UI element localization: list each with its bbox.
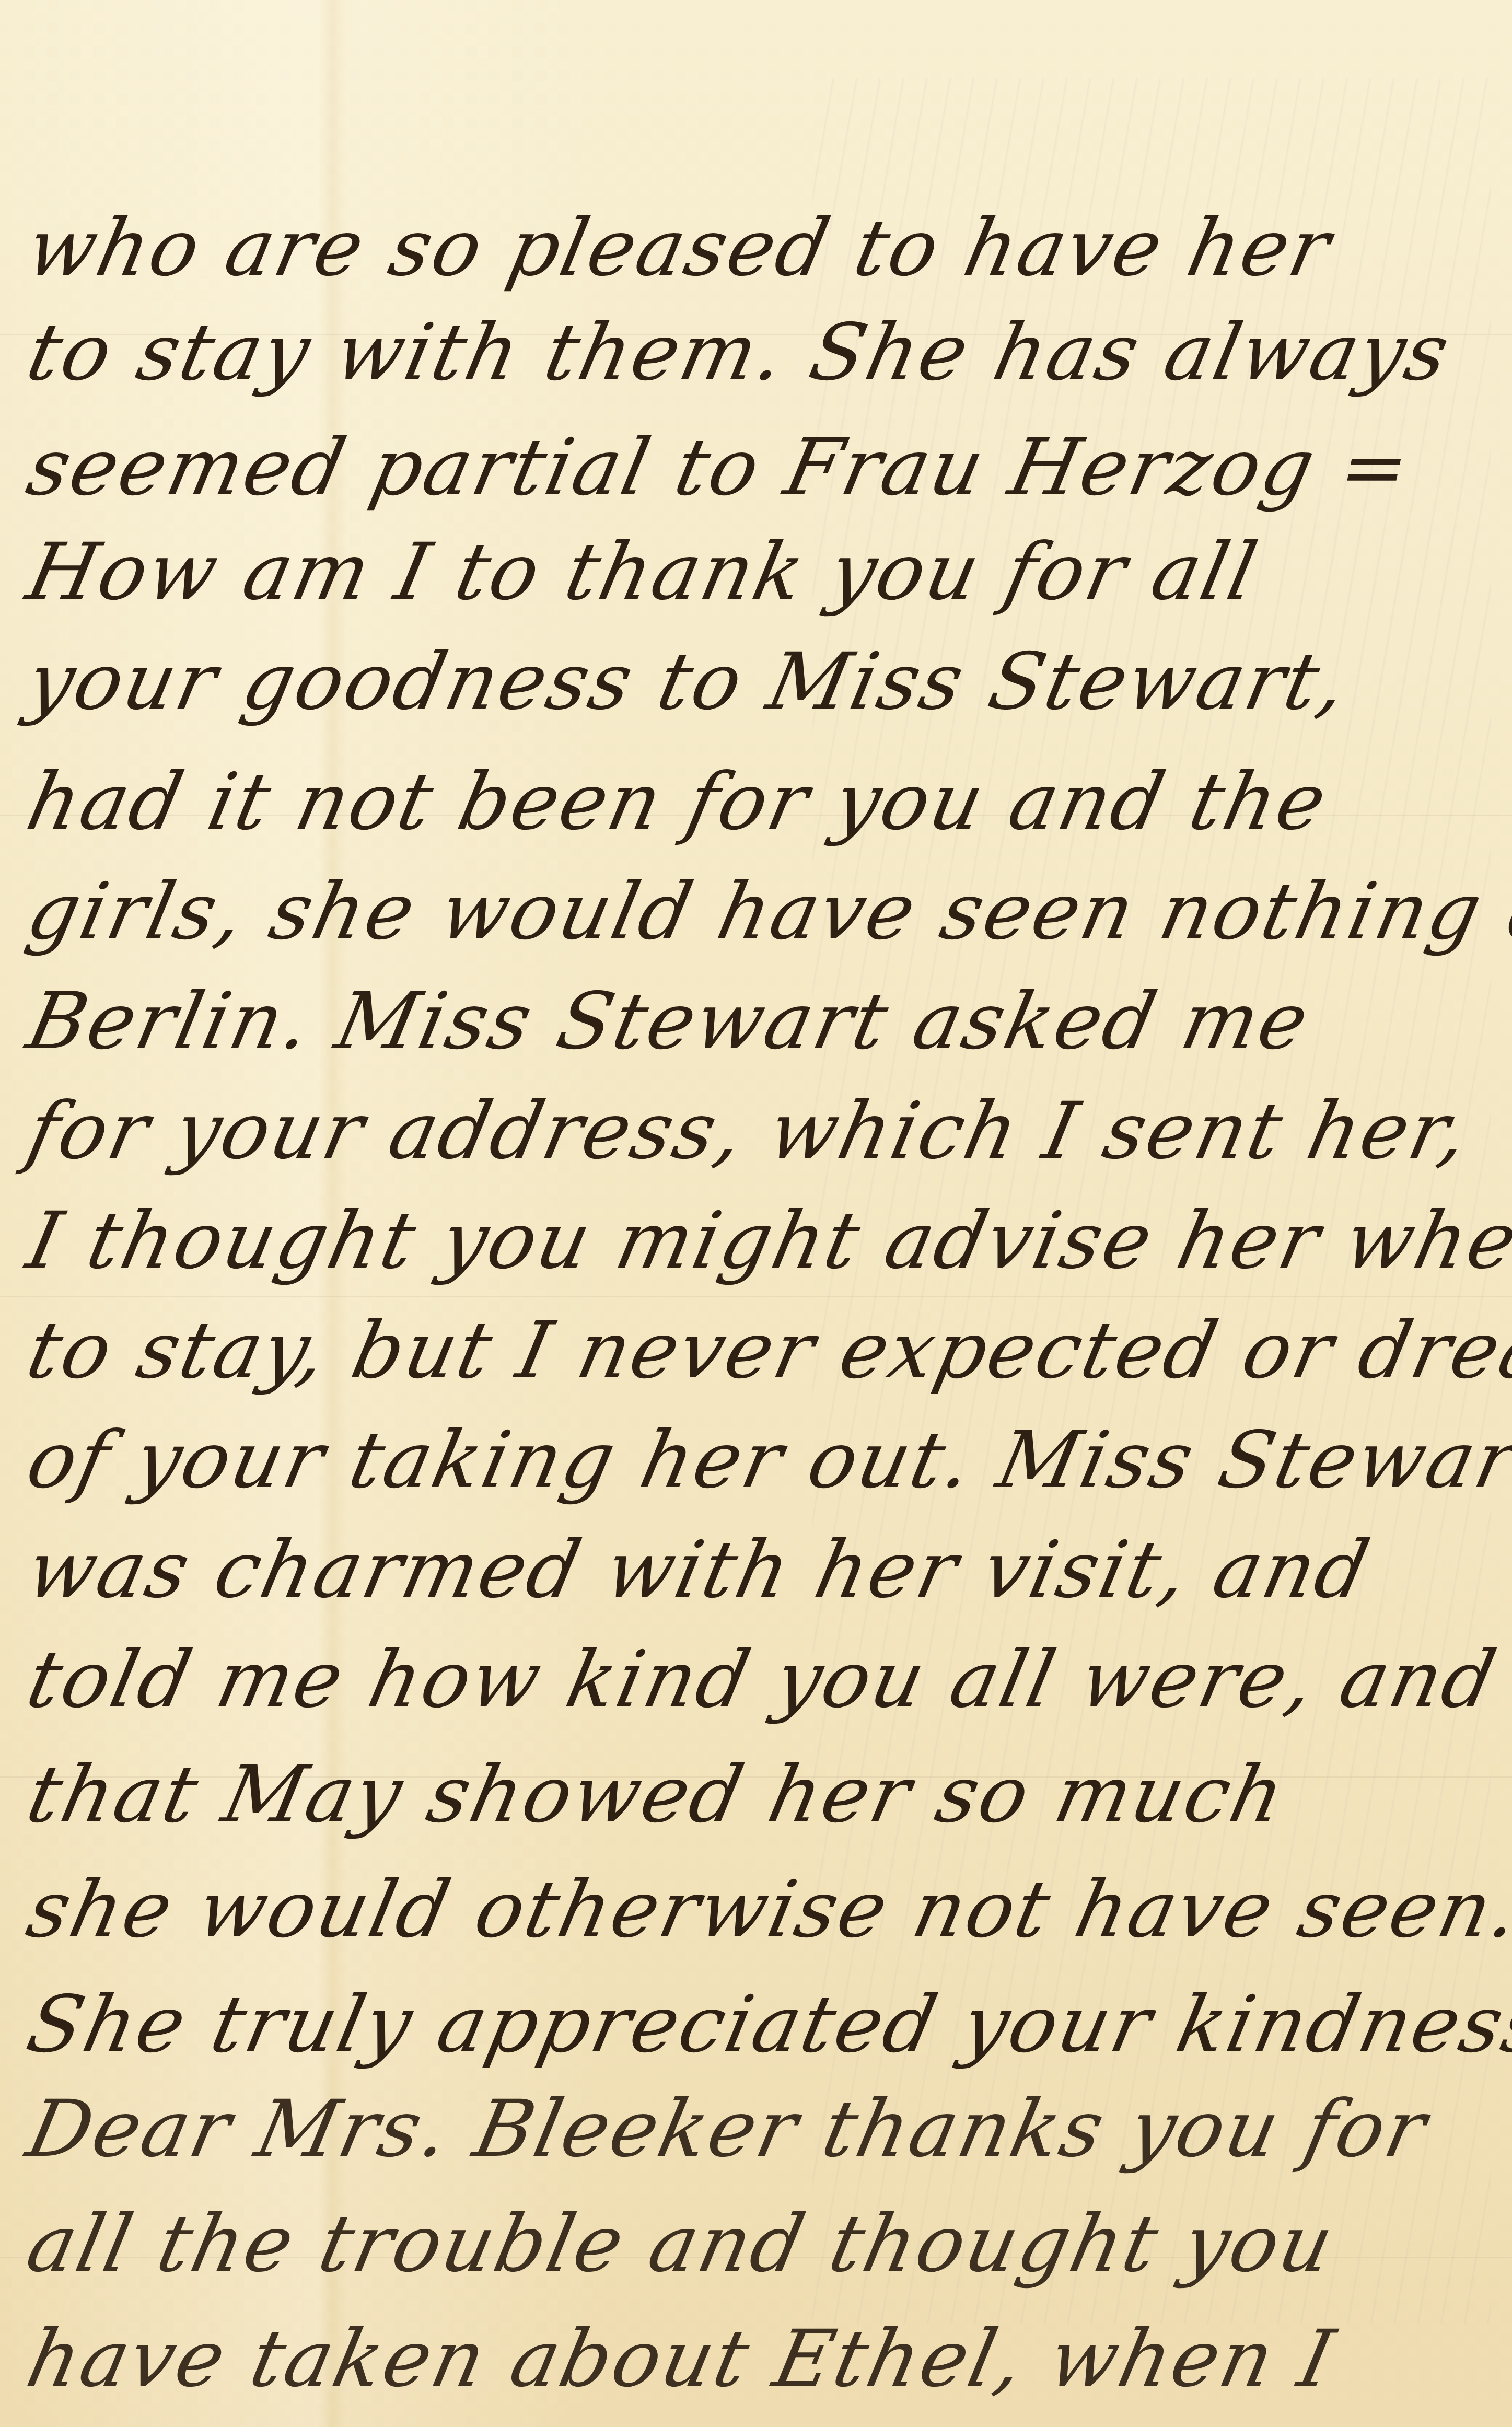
letter-line: How am I to thank you for all bbox=[21, 533, 1265, 611]
letter-line: seemed partial to Frau Herzog = bbox=[21, 428, 1417, 507]
letter-line: have taken about Ethel, when I bbox=[21, 2320, 1342, 2398]
letter-line: Berlin. Miss Stewart asked me bbox=[21, 982, 1317, 1061]
letter-line: who are so pleased to have her bbox=[21, 209, 1339, 287]
letter-line: that May showed her so much bbox=[21, 1756, 1293, 1834]
letter-line: Dear Mrs. Bleeker thanks you for bbox=[21, 2090, 1434, 2168]
letter-line: to stay with them. She has always bbox=[21, 313, 1457, 392]
letter-line: was charmed with her visit, and bbox=[21, 1531, 1377, 1609]
letter-line: I thought you might advise her where bbox=[21, 1202, 1512, 1280]
paper-rule bbox=[0, 1296, 1512, 1297]
letter-line: girls, she would have seen nothing of bbox=[21, 873, 1512, 951]
letter-line: all the trouble and thought you bbox=[21, 2205, 1341, 2283]
letter-line: told me how kind you all were, and bbox=[21, 1641, 1504, 1719]
letter-line: she would otherwise not have seen. bbox=[21, 1871, 1512, 1949]
letter-line: of your taking her out. Miss Stewart bbox=[21, 1421, 1512, 1500]
letter-line: had it not been for you and the bbox=[21, 763, 1334, 841]
letter-line: to stay, but I never expected or dreamed bbox=[21, 1311, 1512, 1390]
letter-line: She truly appreciated your kindness. bbox=[21, 1985, 1512, 2064]
letter-line: your goodness to Miss Stewart, bbox=[21, 643, 1355, 721]
letter-line: for your address, which I sent her, bbox=[21, 1092, 1476, 1170]
letter-page: who are so pleased to have her to stay w… bbox=[0, 0, 1512, 2427]
